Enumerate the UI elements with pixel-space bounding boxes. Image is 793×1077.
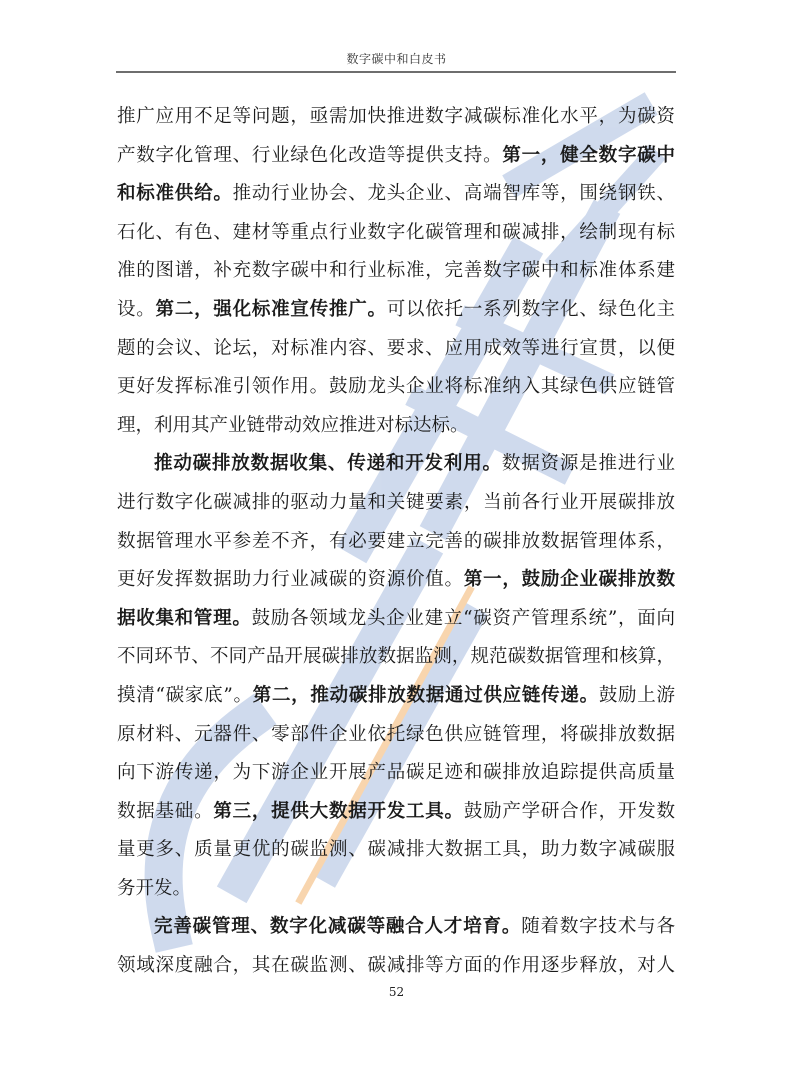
text-line: 石化、有色、建材等重点行业数字化碳管理和碳减排，绘制现有标 [117, 214, 675, 253]
bold-heading-text: 第二，推动碳排放数据通过供应链传递。 [253, 685, 599, 706]
body-text-run: 设。 [117, 299, 156, 320]
text-line: 完善碳管理、数字化减碳等融合人才培育。随着数字技术与各 [117, 908, 675, 947]
text-line: 务开发。 [117, 870, 675, 909]
body-text-run: 务开发。 [117, 878, 191, 899]
bold-heading-text: 和标准供给。 [117, 183, 233, 204]
body-text-run: 随着数字技术与各 [521, 916, 675, 937]
text-line: 产数字化管理、行业绿色化改造等提供支持。第一，健全数字碳中 [117, 137, 675, 176]
body-text-run: 数据资源是推进行业 [502, 453, 675, 474]
header-divider [116, 71, 676, 73]
text-line: 领域深度融合，其在碳监测、碳减排等方面的作用逐步释放，对人 [117, 947, 675, 986]
text-line: 据收集和管理。鼓励各领域龙头企业建立“碳资产管理系统”，面向 [117, 600, 675, 639]
text-line: 摸清“碳家底”。第二，推动碳排放数据通过供应链传递。鼓励上游 [117, 677, 675, 716]
body-text-run: 更好发挥标准引领作用。鼓励龙头企业将标准纳入其绿色供应链管 [117, 376, 675, 397]
text-line: 进行数字化碳减排的驱动力量和关键要素，当前各行业开展碳排放 [117, 484, 675, 523]
text-line: 准的图谱，补充数字碳中和行业标准，完善数字碳中和标准体系建 [117, 252, 675, 291]
body-text-run: 题的会议、论坛，对标准内容、要求、应用成效等进行宣贯，以便 [117, 338, 675, 359]
body-text-run: 领域深度融合，其在碳监测、碳减排等方面的作用逐步释放，对人 [117, 955, 675, 976]
text-line: 题的会议、论坛，对标准内容、要求、应用成效等进行宣贯，以便 [117, 330, 675, 369]
body-text-run: 理，利用其产业链带动效应推进对标达标。 [117, 415, 469, 436]
body-text-run: 摸清“碳家底”。 [117, 685, 253, 706]
bold-heading-text: 第三，提供大数据开发工具。 [213, 801, 463, 822]
body-text-run: 鼓励上游 [599, 685, 675, 706]
text-line: 更好发挥标准引领作用。鼓励龙头企业将标准纳入其绿色供应链管 [117, 368, 675, 407]
body-text-run: 数据基础。 [117, 801, 213, 822]
body-text-run: 产数字化管理、行业绿色化改造等提供支持。 [117, 145, 502, 166]
text-line: 原材料、元器件、零部件企业依托绿色供应链管理，将碳排放数据 [117, 716, 675, 755]
bold-heading-text: 第二，强化标准宣传推广。 [156, 299, 387, 320]
text-line: 向下游传递，为下游企业开展产品碳足迹和碳排放追踪提供高质量 [117, 754, 675, 793]
text-line: 数据基础。第三，提供大数据开发工具。鼓励产学研合作，开发数 [117, 793, 675, 832]
body-text-run: 更好发挥数据助力行业减碳的资源价值。 [117, 569, 464, 590]
body-text-run: 不同环节、不同产品开展碳排放数据监测，规范碳数据管理和核算， [117, 646, 675, 667]
body-text-run: 推动行业协会、龙头企业、高端智库等，围绕钢铁、 [233, 183, 675, 204]
running-header-title: 数字碳中和白皮书 [0, 50, 793, 67]
bold-heading-text: 推动碳排放数据收集、传递和开发利用。 [154, 453, 502, 474]
body-text-run: 推广应用不足等问题，亟需加快推进数字减碳标准化水平，为碳资 [117, 106, 675, 127]
body-text-run: 向下游传递，为下游企业开展产品碳足迹和碳排放追踪提供高质量 [117, 762, 675, 783]
text-line: 推动碳排放数据收集、传递和开发利用。数据资源是推进行业 [117, 445, 675, 484]
body-text-run: 数据管理水平参差不齐，有必要建立完善的碳排放数据管理体系， [117, 531, 675, 552]
body-text-run: 准的图谱，补充数字碳中和行业标准，完善数字碳中和标准体系建 [117, 260, 675, 281]
bold-heading-text: 第一，健全数字碳中 [502, 145, 675, 166]
text-line: 不同环节、不同产品开展碳排放数据监测，规范碳数据管理和核算， [117, 638, 675, 677]
body-text: 推广应用不足等问题，亟需加快推进数字减碳标准化水平，为碳资产数字化管理、行业绿色… [117, 98, 675, 986]
body-text-run: 量更多、质量更优的碳监测、碳减排大数据工具，助力数字减碳服 [117, 839, 675, 860]
body-text-run: 鼓励各领域龙头企业建立“碳资产管理系统”，面向 [252, 608, 675, 629]
text-line: 更好发挥数据助力行业减碳的资源价值。第一，鼓励企业碳排放数 [117, 561, 675, 600]
text-line: 设。第二，强化标准宣传推广。可以依托一系列数字化、绿色化主 [117, 291, 675, 330]
text-line: 推广应用不足等问题，亟需加快推进数字减碳标准化水平，为碳资 [117, 98, 675, 137]
body-text-run: 可以依托一系列数字化、绿色化主 [387, 299, 675, 320]
page-number: 52 [0, 985, 793, 999]
body-text-run: 石化、有色、建材等重点行业数字化碳管理和碳减排，绘制现有标 [117, 222, 675, 243]
body-text-run: 鼓励产学研合作，开发数 [464, 801, 675, 822]
text-line: 量更多、质量更优的碳监测、碳减排大数据工具，助力数字减碳服 [117, 831, 675, 870]
text-line: 和标准供给。推动行业协会、龙头企业、高端智库等，围绕钢铁、 [117, 175, 675, 214]
body-text-run: 进行数字化碳减排的驱动力量和关键要素，当前各行业开展碳排放 [117, 492, 675, 513]
bold-heading-text: 第一，鼓励企业碳排放数 [464, 569, 675, 590]
text-line: 数据管理水平参差不齐，有必要建立完善的碳排放数据管理体系， [117, 523, 675, 562]
text-line: 理，利用其产业链带动效应推进对标达标。 [117, 407, 675, 446]
body-text-run: 原材料、元器件、零部件企业依托绿色供应链管理，将碳排放数据 [117, 724, 675, 745]
bold-heading-text: 据收集和管理。 [117, 608, 252, 629]
bold-heading-text: 完善碳管理、数字化减碳等融合人才培育。 [154, 916, 521, 937]
